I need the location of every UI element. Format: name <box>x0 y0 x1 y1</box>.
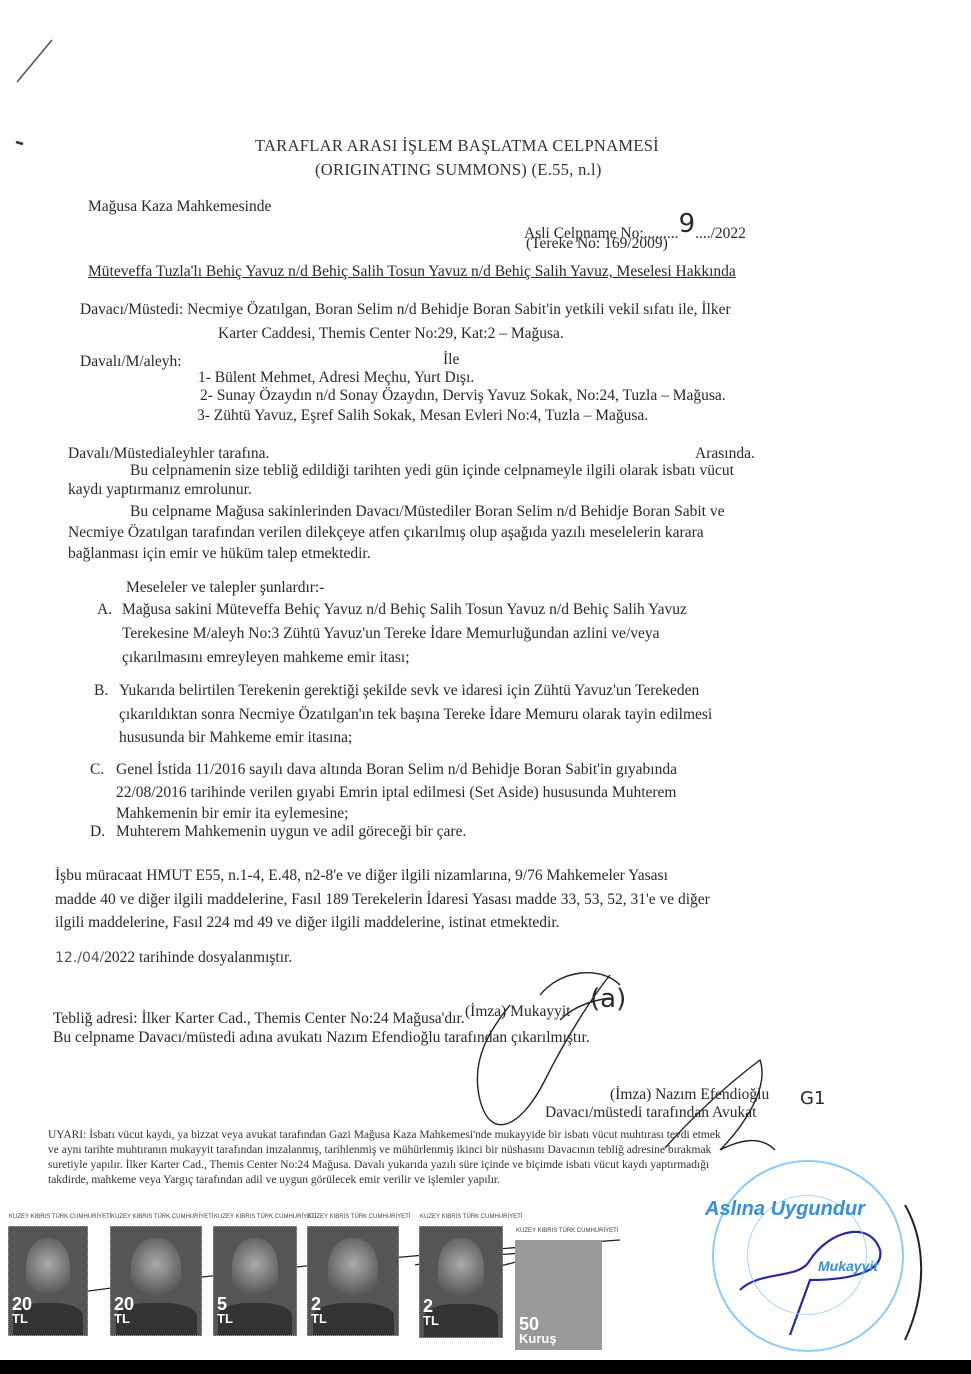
summons-number-handwritten: 9 <box>679 209 696 239</box>
document-title: TARAFLAR ARASI İŞLEM BAŞLATMA CELPNAMESİ <box>255 138 659 155</box>
stamp-header: KUZEY KIBRIS TÜRK CUMHURİYETİ <box>420 1214 522 1220</box>
paragraph-1-line2: kaydı yaptırmanız emrolunur. <box>68 482 252 498</box>
addressed-to: Davalı/Müstedialeyhler tarafına. <box>68 446 269 462</box>
stamp-header: KUZEY KIBRIS TÜRK CUMHURİYETİ <box>9 1214 111 1220</box>
paragraph-2-line2: Necmiye Özatılgan tarafından verilen dil… <box>68 525 704 541</box>
estate-number: (Tereke No: 169/2009) <box>526 236 668 252</box>
revenue-stamp-50-kurus: 50Kuruş KUZEY KIBRIS TÜRK CUMHURİYETİ <box>515 1240 602 1350</box>
warning-line1: UYARI: İsbatı vücut kaydı, ya bizzat vey… <box>48 1130 721 1142</box>
legal-basis-line1: İşbu müracaat HMUT E55, n.1-4, E.48, n2-… <box>55 868 668 884</box>
matter-c-line2: 22/08/2016 tarihinde verilen gıyabi Emri… <box>116 785 676 801</box>
issued-by: Bu celpname Davacı/müstedi adına avukatı… <box>53 1030 590 1046</box>
seal-certified-copy-text: Aslına Uygundur <box>705 1198 865 1221</box>
stamp-header: KUZEY KIBRIS TÜRK CUMHURİYETİ <box>308 1214 410 1220</box>
case-subject: Müteveffa Tuzla'lı Behiç Yavuz n/d Behiç… <box>88 264 736 280</box>
matter-d-letter: D. <box>90 824 105 840</box>
filed-date-handwritten: 12./04 <box>55 950 100 966</box>
service-address: Tebliğ adresi: İlker Karter Cad., Themis… <box>53 1011 465 1027</box>
matter-b-line1: Yukarıda belirtilen Terekenin gerektiği … <box>119 683 699 699</box>
revenue-stamp-2tl: 2TL KUZEY KIBRIS TÜRK CUMHURİYETİ <box>307 1226 399 1336</box>
warning-line3: suretiyle yapılır. İlker Karter Cad., Th… <box>48 1160 709 1172</box>
defendant-3: 3- Zühtü Yavuz, Eşref Salih Sokak, Mesan… <box>197 408 648 424</box>
filed-date: 12./04/2022 tarihinde dosyalanmıştır. <box>55 950 292 966</box>
warning-line2: ve aynı tarihte muhtıranın mukayyit tara… <box>48 1145 711 1157</box>
matter-b-line2: çıkarıldıktan sonra Necmiye Özatılgan'ın… <box>119 707 712 723</box>
paragraph-1-line1: Bu celpnamenin size tebliğ edildiği tari… <box>130 463 734 479</box>
matter-c-letter: C. <box>90 762 104 778</box>
revenue-stamp-20tl: 20TL KUZEY KIBRIS TÜRK CUMHURİYETİ <box>110 1226 202 1336</box>
matter-c-line1: Genel İstida 11/2016 sayılı dava altında… <box>116 762 677 778</box>
matter-a-line1: Mağusa sakini Müteveffa Behiç Yavuz n/d … <box>122 602 687 618</box>
ile-label: İle <box>443 352 459 368</box>
document-subtitle: (ORIGINATING SUMMONS) (E.55, n.l) <box>315 162 602 179</box>
matter-c-line3: Mahkemenin bir emir ita eylemesine; <box>116 806 348 822</box>
stamp-header: KUZEY KIBRIS TÜRK CUMHURİYETİ <box>516 1228 618 1234</box>
matters-heading: Meseleler ve talepler şunlardır:- <box>126 580 324 596</box>
scanned-document-page: TARAFLAR ARASI İŞLEM BAŞLATMA CELPNAMESİ… <box>0 0 971 1360</box>
registrar-handwritten-mark: (a) <box>590 986 626 1012</box>
defendant-1: 1- Bülent Mehmet, Adresi Meçhu, Yurt Dış… <box>198 370 474 386</box>
registrar-signature-label: (İmza) Mukayyit <box>465 1004 570 1020</box>
stamp-header: KUZEY KIBRIS TÜRK CUMHURİYETİ <box>111 1214 213 1220</box>
plaintiff-line1: Davacı/Müstedi: Necmiye Özatılgan, Boran… <box>80 302 731 318</box>
matter-a-letter: A. <box>97 602 112 618</box>
legal-basis-line2: madde 40 ve diğer ilgili maddelerine, Fa… <box>55 892 710 908</box>
warning-line4: takdirde, mahkeme veya Yargıç tarafından… <box>48 1175 500 1187</box>
lawyer-handwritten-mark: G1 <box>800 1090 825 1108</box>
matter-d-line1: Muhterem Mahkemenin uygun ve adil görece… <box>116 824 466 840</box>
matter-b-line3: hususunda bir Mahkeme emir itasına; <box>119 730 352 746</box>
stamp-header: KUZEY KIBRIS TÜRK CUMHURİYETİ <box>214 1214 316 1220</box>
defendant-label: Davalı/M/aleyh: <box>80 354 182 370</box>
seal-registrar-text: Mukayyit <box>818 1258 878 1274</box>
matter-b-letter: B. <box>94 683 108 699</box>
plaintiff-line2: Karter Caddesi, Themis Center No:29, Kat… <box>218 326 564 342</box>
revenue-stamp-5tl: 5TL KUZEY KIBRIS TÜRK CUMHURİYETİ <box>213 1226 297 1336</box>
defendant-2: 2- Sunay Özaydın n/d Sonay Özaydın, Derv… <box>200 388 726 404</box>
paragraph-2-line1: Bu celpname Mağusa sakinlerinden Davacı/… <box>130 504 724 520</box>
revenue-stamp-2tl: 2TL KUZEY KIBRIS TÜRK CUMHURİYETİ <box>419 1226 503 1338</box>
between-label: Arasında. <box>695 446 755 462</box>
court-seal <box>712 1160 904 1352</box>
court-name: Mağusa Kaza Mahkemesinde <box>88 199 271 215</box>
matter-a-line2: Terekesine M/aleyh No:3 Zühtü Yavuz'un T… <box>122 626 660 642</box>
revenue-stamp-20tl: 20TL KUZEY KIBRIS TÜRK CUMHURİYETİ <box>8 1226 88 1336</box>
lawyer-title: Davacı/müstedi tarafından Avukat <box>545 1105 756 1121</box>
legal-basis-line3: ilgili maddelerine, Fasıl 224 md 49 ve d… <box>55 915 560 931</box>
matter-a-line3: çıkarılmasını emreyleyen mahkeme emir it… <box>122 650 410 666</box>
paragraph-2-line3: bağlanması için emir ve hüküm talep etme… <box>68 546 371 562</box>
lawyer-signature-label: (İmza) Nazım Efendioğlu <box>610 1087 769 1103</box>
